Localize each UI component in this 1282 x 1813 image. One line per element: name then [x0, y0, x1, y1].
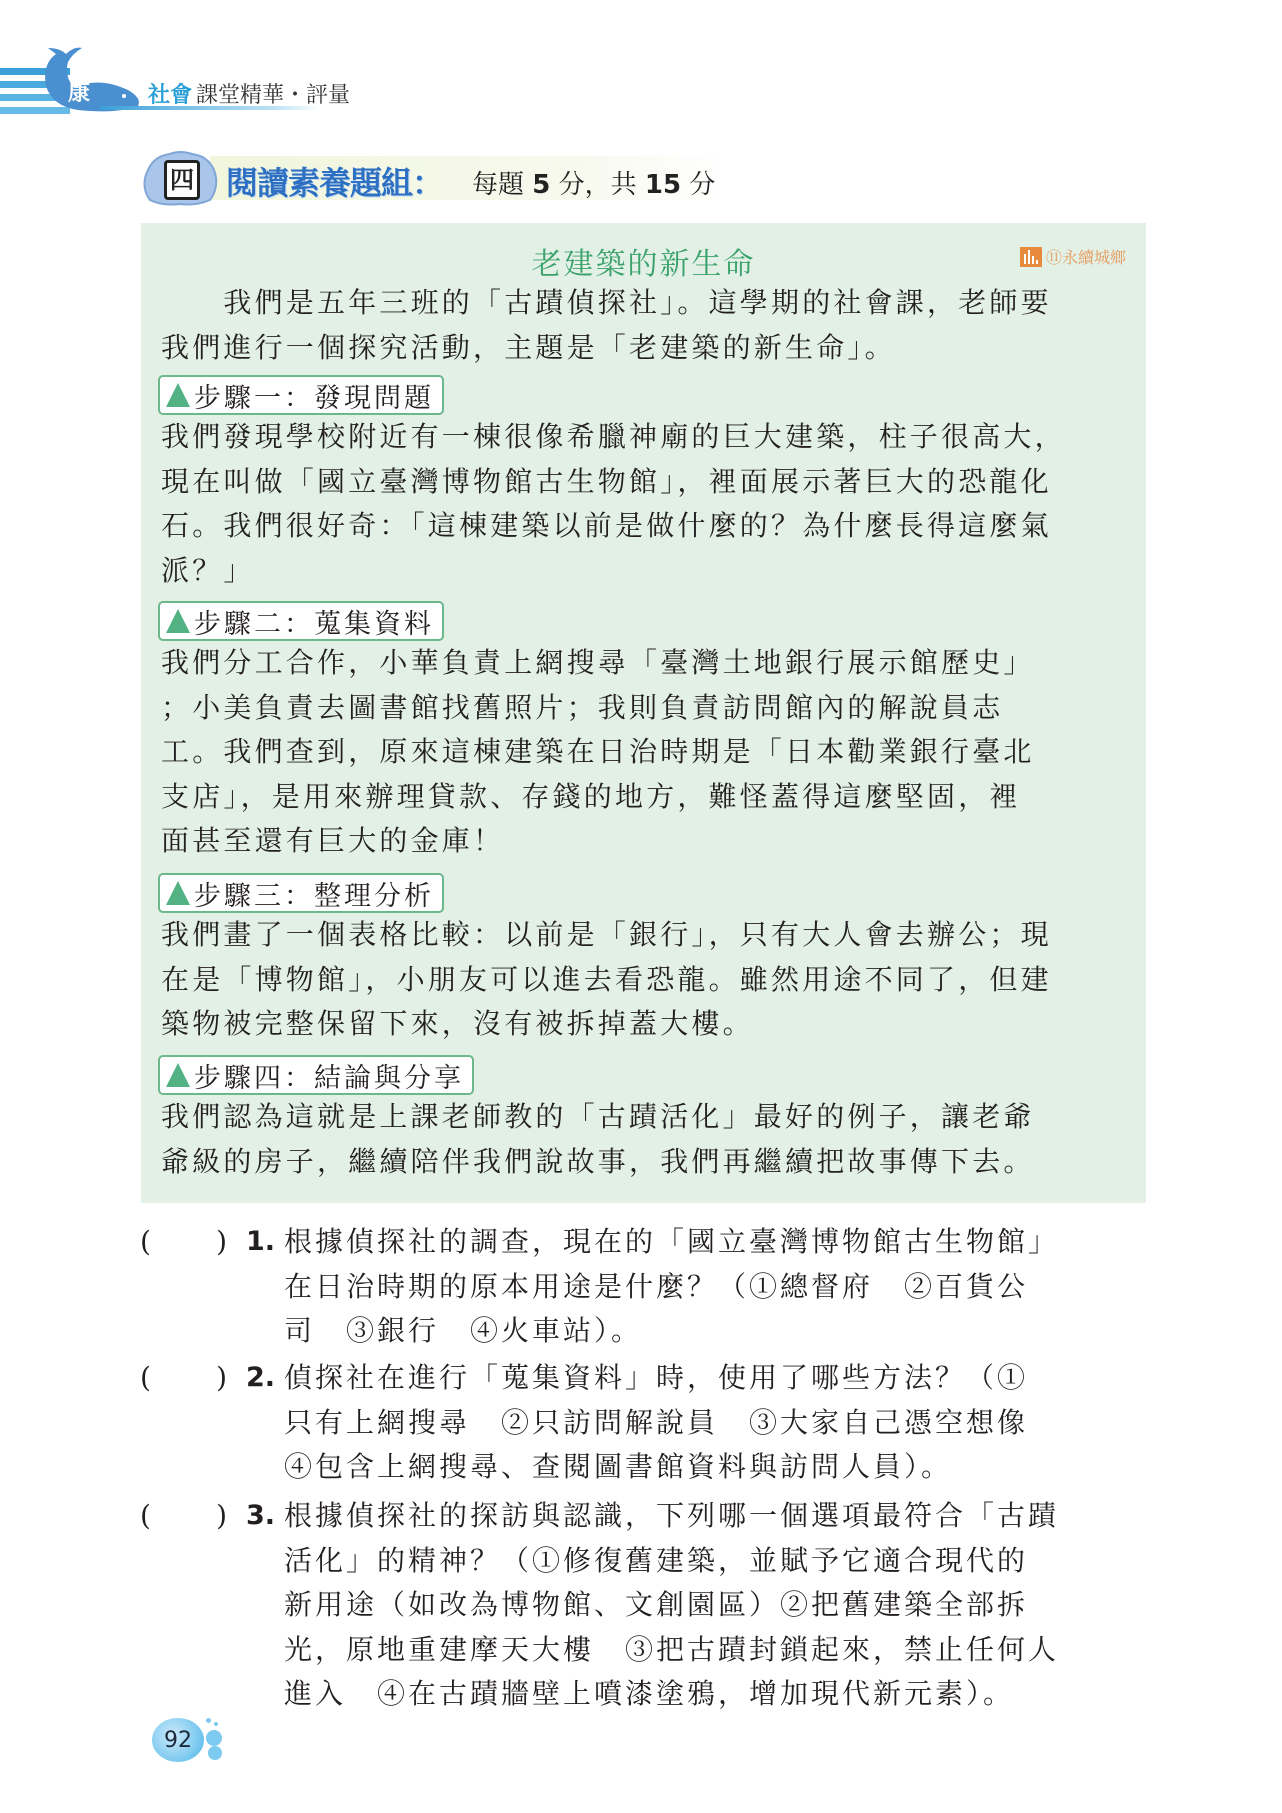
triangle-icon	[166, 1063, 190, 1087]
answer-blank[interactable]: ()	[140, 1356, 230, 1401]
page-number: 92	[152, 1718, 204, 1762]
reading-title: 老建築的新生命	[141, 239, 1146, 283]
question-2: () 2. 偵探社在進行「蒐集資料」時，使用了哪些方法？（① 只有上網搜尋 ②只…	[140, 1356, 1150, 1490]
step-3-label: 步驟三：整理分析	[158, 873, 444, 913]
header-banner: 康 社會課堂精華・評量	[0, 40, 420, 120]
triangle-icon	[166, 881, 190, 905]
question-number: 3.	[246, 1494, 275, 1539]
triangle-icon	[166, 609, 190, 633]
step-2-paragraph: 我們分工合作，小華負責上網搜尋「臺灣土地銀行展示館歷史」 ；小美負責去圖書館找舊…	[161, 641, 1141, 864]
question-text: 根據偵探社的調查，現在的「國立臺灣博物館古生物館」 在日治時期的原本用途是什麼？…	[284, 1220, 1150, 1354]
bubble-decoration	[206, 1730, 222, 1746]
question-text: 偵探社在進行「蒐集資料」時，使用了哪些方法？（① 只有上網搜尋 ②只訪問解說員 …	[284, 1356, 1150, 1490]
step-1-paragraph: 我們發現學校附近有一棟很像希臘神廟的巨大建築，柱子很高大， 現在叫做「國立臺灣博…	[161, 415, 1141, 593]
section-title: 閱讀素養題組：	[226, 158, 443, 204]
question-number: 2.	[246, 1356, 275, 1401]
building-icon	[1020, 247, 1042, 267]
question-3: () 3. 根據偵探社的探訪與認識，下列哪一個選項最符合「古蹟 活化」的精神？（…	[140, 1494, 1150, 1717]
answer-blank[interactable]: ()	[140, 1494, 230, 1539]
triangle-icon	[166, 383, 190, 407]
book-title-text: 課堂精華・評量	[196, 83, 350, 108]
bubble-decoration	[214, 1722, 218, 1726]
step-4-label: 步驟四：結論與分享	[158, 1055, 474, 1095]
step-2-label: 步驟二：蒐集資料	[158, 601, 444, 641]
answer-blank[interactable]: ()	[140, 1220, 230, 1265]
question-text: 根據偵探社的探訪與認識，下列哪一個選項最符合「古蹟 活化」的精神？（①修復舊建築…	[284, 1494, 1150, 1717]
section-number-badge: 四	[164, 160, 200, 200]
section-heading: 四 閱讀素養題組： 每題 5 分，共 15 分	[140, 150, 740, 206]
subject-label: 社會	[148, 83, 192, 108]
topic-tag: ⑪永續城鄉	[1020, 245, 1126, 268]
bubble-decoration	[206, 1718, 211, 1723]
bubble-decoration	[208, 1746, 222, 1760]
section-score: 每題 5 分，共 15 分	[472, 164, 715, 201]
reading-passage-box: 老建築的新生命 ⑪永續城鄉 我們是五年三班的「古蹟偵探社」。這學期的社會課，老師…	[141, 223, 1146, 1203]
publisher-mark: 康	[68, 76, 90, 107]
book-title: 社會課堂精華・評量	[148, 78, 350, 109]
intro-paragraph: 我們是五年三班的「古蹟偵探社」。這學期的社會課，老師要 我們進行一個探究活動，主…	[161, 281, 1141, 370]
step-3-paragraph: 我們畫了一個表格比較：以前是「銀行」，只有大人會去辦公；現 在是「博物館」，小朋…	[161, 913, 1141, 1047]
step-1-label: 步驟一：發現問題	[158, 375, 444, 415]
question-1: () 1. 根據偵探社的調查，現在的「國立臺灣博物館古生物館」 在日治時期的原本…	[140, 1220, 1150, 1354]
topic-tag-label: ⑪永續城鄉	[1046, 245, 1126, 268]
step-4-paragraph: 我們認為這就是上課老師教的「古蹟活化」最好的例子，讓老爺 爺級的房子，繼續陪伴我…	[161, 1095, 1141, 1184]
question-number: 1.	[246, 1220, 275, 1265]
